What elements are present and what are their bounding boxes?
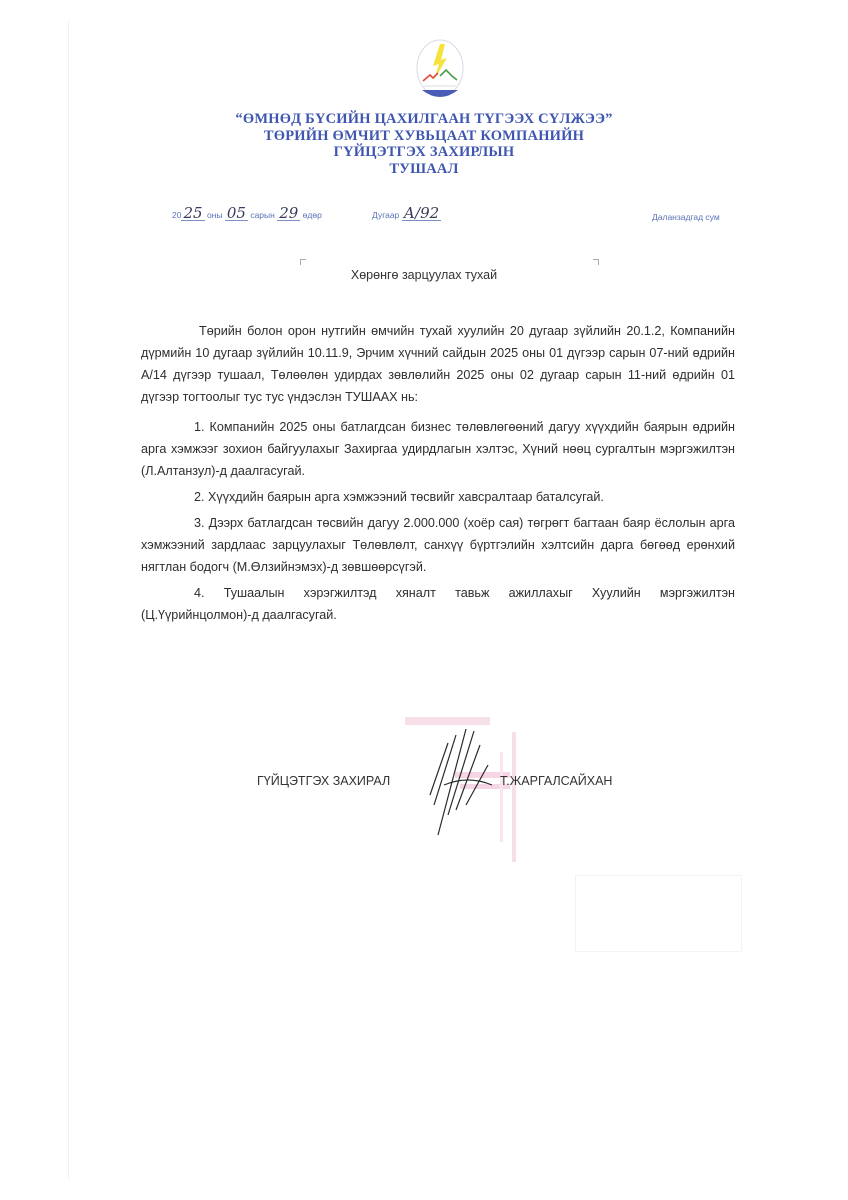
- day-label: өдөр: [303, 210, 322, 220]
- company-logo-icon: [414, 38, 466, 102]
- order-item: 3. Дээрх батлагдсан төсвийн дагуу 2.000.…: [141, 512, 735, 578]
- org-line-4-order-label: ТУШААЛ: [0, 161, 848, 178]
- day-handwritten: 29: [277, 206, 300, 221]
- order-item: 2. Хүүхдийн баярын арга хэмжээний төсвий…: [141, 486, 735, 508]
- order-item: 1. Компанийн 2025 оны батлагдсан бизнес …: [141, 416, 735, 482]
- order-items: 1. Компанийн 2025 оны батлагдсан бизнес …: [141, 416, 735, 626]
- order-body: Төрийн болон орон нутгийн өмчийн тухай х…: [141, 320, 735, 630]
- signature-row: ГҮЙЦЭТГЭХ ЗАХИРАЛ Т.ЖАРГАЛСАЙХАН: [0, 772, 848, 792]
- subject-corner-right: [593, 259, 599, 265]
- month-handwritten: 05: [225, 206, 248, 221]
- year-label: оны: [207, 210, 223, 220]
- org-line-3: ГҮЙЦЭТГЭХ ЗАХИРЛЫН: [0, 144, 848, 161]
- order-subject: Хөрөнгө зарцуулах тухай: [0, 268, 848, 282]
- faint-registration-box: [575, 875, 742, 952]
- number-handwritten: А/92: [402, 206, 442, 221]
- order-number: Дугаар А/92: [372, 206, 441, 221]
- org-line-1: “ӨМНӨД БҮСИЙН ЦАХИЛГААН ТҮГЭЭХ СҮЛЖЭЭ”: [0, 111, 848, 128]
- order-date: 2025 оны 05 сарын 29 өдөр: [172, 206, 322, 221]
- year-handwritten: 25: [181, 206, 204, 221]
- order-meta-row: 2025 оны 05 сарын 29 өдөр Дугаар А/92 Да…: [0, 200, 848, 230]
- preamble: Төрийн болон орон нутгийн өмчийн тухай х…: [141, 320, 735, 408]
- month-label: сарын: [250, 210, 275, 220]
- subject-corner-left: [300, 259, 306, 265]
- org-line-2: ТӨРИЙН ӨМЧИТ ХУВЬЦААТ КОМПАНИЙН: [0, 128, 848, 145]
- number-label: Дугаар: [372, 210, 399, 220]
- signatory-title: ГҮЙЦЭТГЭХ ЗАХИРАЛ: [257, 774, 390, 788]
- page-edge: [68, 20, 69, 1180]
- order-place: Даланзадгад сум: [652, 212, 720, 222]
- organization-header: “ӨМНӨД БҮСИЙН ЦАХИЛГААН ТҮГЭЭХ СҮЛЖЭЭ” Т…: [0, 111, 848, 177]
- signatory-name: Т.ЖАРГАЛСАЙХАН: [500, 774, 612, 788]
- order-item: 4. Тушаалын хэрэгжилтэд хяналт тавьж ажи…: [141, 582, 735, 626]
- year-prefix: 20: [172, 210, 181, 220]
